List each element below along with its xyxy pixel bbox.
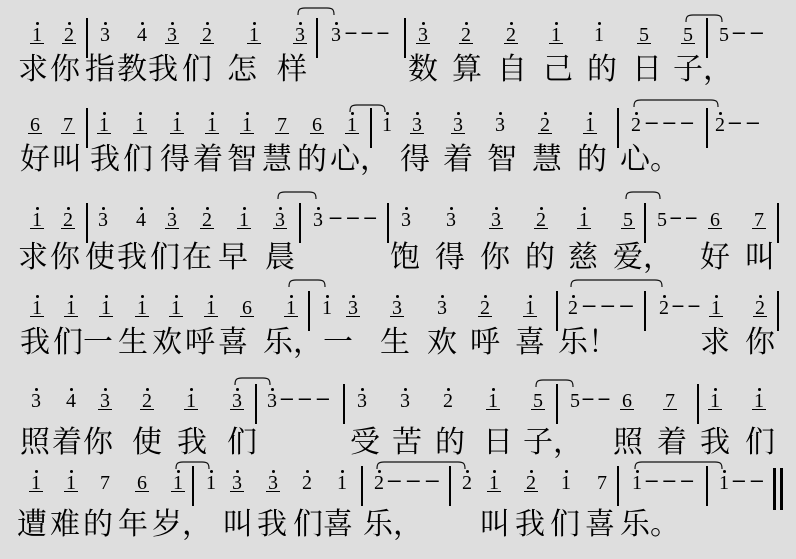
note: 1 — [167, 115, 187, 135]
high-octave-dot-icon — [663, 295, 666, 298]
note-digit: 7 — [277, 115, 287, 135]
lyric-syllable: 照 — [20, 428, 50, 458]
high-octave-dot-icon — [530, 470, 533, 473]
high-octave-dot-icon — [493, 470, 496, 473]
note-digit: 2 — [302, 473, 312, 493]
high-octave-dot-icon — [544, 112, 547, 115]
high-octave-dot-icon — [351, 112, 354, 115]
note: 3 — [343, 298, 363, 318]
lyric-syllable: 求 — [18, 243, 48, 273]
high-octave-dot-icon — [236, 470, 239, 473]
eighth-note-underline — [97, 133, 111, 134]
note-digit: 1 — [594, 25, 604, 45]
note-digit: 1 — [207, 115, 217, 135]
lyric-syllable: 乐， — [363, 510, 423, 540]
score-line-6: 11761133212---212171---1--遭难的年岁，叫我们喜乐，叫我… — [0, 455, 796, 559]
eighth-note-underline — [169, 316, 183, 317]
lyric-syllable: 我 — [20, 328, 50, 358]
lyric-syllable: 一 — [83, 328, 113, 358]
high-octave-dot-icon — [457, 112, 460, 115]
eighth-note-underline — [310, 133, 324, 134]
eighth-note-underline — [284, 316, 298, 317]
barline — [343, 384, 345, 424]
high-octave-dot-icon — [422, 22, 425, 25]
high-octave-dot-icon — [176, 112, 179, 115]
lyric-syllable: 指 — [85, 55, 115, 85]
eighth-note-underline — [390, 316, 404, 317]
note: 1 — [706, 298, 726, 318]
lyric-syllable: 叫 — [745, 243, 775, 273]
note: 3 — [227, 391, 247, 411]
note-digit: 1 — [172, 115, 182, 135]
note-digit: 1 — [382, 115, 392, 135]
note-digit: 6 — [242, 298, 252, 318]
lyric-syllable: 样 — [277, 55, 307, 85]
note: 2 — [297, 473, 317, 493]
note: 5 — [618, 210, 638, 230]
note: 1 — [483, 391, 503, 411]
lyric-syllable: 生 — [118, 328, 148, 358]
eighth-note-underline — [486, 409, 500, 410]
lyric-syllable: 们 — [227, 428, 257, 458]
note: 1 — [574, 210, 594, 230]
jianpu-score-sheet: 123432133---32211555--求你指教我们怎样数算自己的日子， 6… — [0, 0, 796, 559]
note: 2 — [457, 473, 477, 493]
eighth-note-underline — [237, 228, 251, 229]
lyric-syllable: 慧 — [262, 145, 292, 175]
note-digit: 3 — [401, 210, 411, 230]
note-digit: 3 — [418, 25, 428, 45]
lyric-syllable: 们 — [745, 428, 775, 458]
note-digit: 4 — [137, 25, 147, 45]
eighth-note-underline — [293, 43, 307, 44]
note: 1 — [26, 473, 46, 493]
tie-slur — [571, 280, 662, 287]
lyric-syllable: 一 — [323, 328, 353, 358]
note-digit: 1 — [186, 391, 196, 411]
high-octave-dot-icon — [243, 207, 246, 210]
high-octave-dot-icon — [236, 388, 239, 391]
eighth-note-underline — [135, 491, 149, 492]
note-digit: 4 — [136, 210, 146, 230]
eighth-note-underline — [133, 133, 147, 134]
tie-slur — [626, 192, 660, 199]
eighth-note-underline — [205, 133, 219, 134]
note-digit: 2 — [374, 473, 384, 493]
sustain-dashes: --- — [386, 470, 443, 490]
lyric-syllable: 在 — [182, 243, 212, 273]
barline — [361, 466, 363, 506]
high-octave-dot-icon — [104, 388, 107, 391]
lyric-syllable: 生 — [380, 328, 410, 358]
lyric-syllable: 我 — [700, 428, 730, 458]
eighth-note-underline — [523, 316, 537, 317]
note-digit: 3 — [98, 210, 108, 230]
high-octave-dot-icon — [396, 295, 399, 298]
note-digit: 1 — [719, 473, 729, 493]
note: 1 — [94, 115, 114, 135]
eighth-note-underline — [64, 316, 78, 317]
note: 1 — [166, 298, 186, 318]
eighth-note-underline — [681, 43, 695, 44]
high-octave-dot-icon — [378, 470, 381, 473]
note: 1 — [377, 115, 397, 135]
high-octave-dot-icon — [555, 22, 558, 25]
high-octave-dot-icon — [70, 388, 73, 391]
lyric-syllable: 乐！ — [558, 328, 618, 358]
high-octave-dot-icon — [317, 207, 320, 210]
note-digit: 4 — [66, 391, 76, 411]
lyric-syllable: 们 — [150, 243, 180, 273]
eighth-note-underline — [753, 316, 767, 317]
note: 2 — [563, 298, 583, 318]
note-digit: 2 — [506, 25, 516, 45]
high-octave-dot-icon — [529, 295, 532, 298]
high-octave-dot-icon — [723, 470, 726, 473]
eighth-note-underline — [64, 491, 78, 492]
note: 1 — [749, 391, 769, 411]
high-octave-dot-icon — [758, 388, 761, 391]
note-digit: 3 — [400, 391, 410, 411]
high-octave-dot-icon — [598, 22, 601, 25]
lyric-syllable: 你 — [745, 328, 775, 358]
note-digit: 3 — [167, 210, 177, 230]
lyric-syllable: 爱， — [613, 243, 673, 273]
note-digit: 3 — [357, 391, 367, 411]
note: 1 — [332, 473, 352, 493]
eighth-note-underline — [637, 43, 651, 44]
sustain-dashes: --- — [644, 112, 697, 132]
note: 3 — [263, 473, 283, 493]
high-octave-dot-icon — [326, 295, 329, 298]
high-octave-dot-icon — [36, 295, 39, 298]
note: 1 — [201, 298, 221, 318]
note-digit: 1 — [32, 25, 42, 45]
eighth-note-underline — [171, 491, 185, 492]
high-octave-dot-icon — [341, 470, 344, 473]
note-digit: 1 — [322, 298, 332, 318]
note: 1 — [27, 25, 47, 45]
note-digit: 1 — [579, 210, 589, 230]
lyric-syllable: 己 — [543, 55, 573, 85]
lyric-syllable: 怎 — [227, 55, 257, 85]
note-digit: 2 — [540, 115, 550, 135]
lyric-syllable: 子， — [523, 428, 583, 458]
note: 2 — [197, 210, 217, 230]
note: 1 — [589, 25, 609, 45]
tie-slur — [536, 380, 573, 387]
note: 1 — [61, 473, 81, 493]
tie-slur — [235, 378, 270, 385]
high-octave-dot-icon — [447, 388, 450, 391]
high-octave-dot-icon — [279, 207, 282, 210]
eighth-note-underline — [345, 133, 359, 134]
note-digit: 2 — [461, 25, 471, 45]
lyric-syllable: 你 — [50, 55, 80, 85]
high-octave-dot-icon — [146, 388, 149, 391]
lyric-syllable: 的 — [525, 243, 555, 273]
note: 3 — [395, 391, 415, 411]
high-octave-dot-icon — [206, 22, 209, 25]
eighth-note-underline — [538, 133, 552, 134]
lyric-syllable: 呼 — [470, 328, 500, 358]
note-digit: 1 — [31, 473, 41, 493]
note-digit: 7 — [597, 473, 607, 493]
high-octave-dot-icon — [103, 112, 106, 115]
high-octave-dot-icon — [36, 207, 39, 210]
eighth-note-underline — [230, 491, 244, 492]
note: 6 — [25, 115, 45, 135]
eighth-note-underline — [99, 316, 113, 317]
high-octave-dot-icon — [499, 112, 502, 115]
lyric-syllable: 我 — [177, 428, 207, 458]
note-digit: 6 — [30, 115, 40, 135]
high-octave-dot-icon — [361, 388, 364, 391]
note-digit: 2 — [568, 298, 578, 318]
note-digit: 2 — [659, 298, 669, 318]
lyric-syllable: 们 — [182, 55, 212, 85]
note-digit: 5 — [623, 210, 633, 230]
note-digit: 6 — [312, 115, 322, 135]
note-digit: 1 — [488, 391, 498, 411]
note: 2 — [501, 25, 521, 45]
eighth-note-underline — [230, 409, 244, 410]
note: 1 — [96, 298, 116, 318]
eighth-note-underline — [709, 316, 723, 317]
high-octave-dot-icon — [67, 207, 70, 210]
tie-slur — [634, 100, 718, 107]
note-digit: 5 — [683, 25, 693, 45]
note-digit: 2 — [63, 210, 73, 230]
final-barline — [773, 468, 783, 510]
note-digit: 1 — [173, 473, 183, 493]
high-octave-dot-icon — [70, 470, 73, 473]
lyric-syllable: 叫 — [480, 510, 510, 540]
score-line-3: 123432133---3332155--67求你使我们在早晨饱得你的慈爱，好叫 — [0, 185, 796, 275]
note: 3 — [162, 25, 182, 45]
eighth-note-underline — [200, 228, 214, 229]
lyric-syllable: 早 — [218, 243, 248, 273]
lyric-syllable: 欢 — [152, 328, 182, 358]
note-digit: 1 — [561, 473, 571, 493]
note: 1 — [244, 25, 264, 45]
note-digit: 5 — [639, 25, 649, 45]
lyric-syllable: 叫 — [223, 510, 253, 540]
eighth-note-underline — [61, 228, 75, 229]
high-octave-dot-icon — [70, 295, 73, 298]
note: 2 — [197, 25, 217, 45]
high-octave-dot-icon — [206, 207, 209, 210]
final-barline-bar — [780, 468, 783, 510]
tie-slur — [289, 280, 325, 287]
lyric-syllable: 使 — [132, 428, 162, 458]
note-digit: 1 — [66, 298, 76, 318]
barline — [404, 18, 406, 58]
note-digit: 2 — [755, 298, 765, 318]
high-octave-dot-icon — [583, 207, 586, 210]
note-digit: 3 — [495, 115, 505, 135]
eighth-note-underline — [708, 228, 722, 229]
note-digit: 3 — [437, 298, 447, 318]
lyric-syllable: 子， — [673, 55, 733, 85]
note-digit: 7 — [665, 391, 675, 411]
note: 2 — [456, 25, 476, 45]
sustain-dashes: -- — [671, 295, 703, 315]
lyric-syllable: 苦 — [392, 428, 422, 458]
lyric-syllable: 欢 — [427, 328, 457, 358]
note-digit: 2 — [536, 210, 546, 230]
lyric-syllable: 的 — [83, 510, 113, 540]
note: 3 — [413, 25, 433, 45]
note: 1 — [580, 115, 600, 135]
sustain-dashes: --- — [279, 388, 333, 408]
lyric-syllable: 求 — [700, 328, 730, 358]
lyric-syllable: 叫 — [52, 145, 82, 175]
note-digit: 3 — [232, 391, 242, 411]
barline — [86, 108, 88, 148]
lyric-syllable: 们 — [53, 328, 83, 358]
note-digit: 5 — [719, 25, 729, 45]
barline — [299, 203, 301, 243]
high-octave-dot-icon — [450, 207, 453, 210]
barline — [192, 466, 194, 506]
lyric-syllable: 自 — [497, 55, 527, 85]
note: 1 — [317, 298, 337, 318]
note-digit: 2 — [480, 298, 490, 318]
note: 3 — [290, 25, 310, 45]
eighth-note-underline — [29, 491, 43, 492]
eighth-note-underline — [170, 133, 184, 134]
note: 7 — [95, 473, 115, 493]
eighth-note-underline — [534, 228, 548, 229]
note-digit: 6 — [622, 391, 632, 411]
note-digit: 1 — [206, 473, 216, 493]
note-digit: 3 — [31, 391, 41, 411]
eighth-note-underline — [275, 133, 289, 134]
note-digit: 6 — [710, 210, 720, 230]
high-octave-dot-icon — [589, 112, 592, 115]
note-digit: 7 — [63, 115, 73, 135]
note-digit: 2 — [142, 391, 152, 411]
barline — [697, 384, 699, 424]
note-digit: 1 — [525, 298, 535, 318]
eighth-note-underline — [28, 133, 42, 134]
note: 1 — [132, 298, 152, 318]
barline — [706, 466, 708, 506]
lyric-syllable: 着 — [52, 428, 82, 458]
lyric-syllable: 慧 — [532, 145, 562, 175]
barline — [86, 203, 88, 243]
high-octave-dot-icon — [719, 112, 722, 115]
eighth-note-underline — [620, 409, 634, 410]
high-octave-dot-icon — [335, 22, 338, 25]
note-digit: 3 — [412, 115, 422, 135]
score-line-1: 123432133---32211555--求你指教我们怎样数算自己的日子， — [0, 0, 796, 92]
note-digit: 1 — [286, 298, 296, 318]
note: 4 — [132, 25, 152, 45]
note-digit: 1 — [754, 391, 764, 411]
high-octave-dot-icon — [714, 388, 717, 391]
note-digit: 2 — [202, 210, 212, 230]
lyric-syllable: 我 — [257, 510, 287, 540]
eighth-note-underline — [451, 133, 465, 134]
note: 3 — [432, 298, 452, 318]
note-digit: 5 — [657, 210, 667, 230]
high-octave-dot-icon — [175, 295, 178, 298]
lyric-syllable: 着 — [657, 428, 687, 458]
note: 3 — [352, 391, 372, 411]
note: 1 — [181, 391, 201, 411]
note-digit: 1 — [242, 115, 252, 135]
note-digit: 2 — [462, 473, 472, 493]
eighth-note-underline — [752, 228, 766, 229]
lyric-syllable: 日 — [632, 55, 662, 85]
note: 1 — [546, 25, 566, 45]
note-digit: 3 — [167, 25, 177, 45]
lyric-syllable: 喜 — [515, 328, 545, 358]
high-octave-dot-icon — [272, 470, 275, 473]
lyric-syllable: 年 — [118, 510, 148, 540]
lyric-syllable: 日 — [483, 428, 513, 458]
eighth-note-underline — [247, 43, 261, 44]
lyric-syllable: 教 — [117, 55, 147, 85]
high-octave-dot-icon — [715, 295, 718, 298]
high-octave-dot-icon — [210, 295, 213, 298]
note: 1 — [484, 473, 504, 493]
sustain-dashes: -- — [731, 22, 767, 42]
lyric-syllable: 好 — [700, 243, 730, 273]
lyric-syllable: 着 — [193, 145, 223, 175]
high-octave-dot-icon — [495, 207, 498, 210]
note-digit: 3 — [268, 473, 278, 493]
note: 6 — [132, 473, 152, 493]
eighth-note-underline — [240, 316, 254, 317]
lyric-syllable: 照 — [613, 428, 643, 458]
high-octave-dot-icon — [104, 22, 107, 25]
note: 1 — [27, 210, 47, 230]
note: 5 — [634, 25, 654, 45]
note: 2 — [475, 298, 495, 318]
note: 1 — [201, 473, 221, 493]
note: 6 — [307, 115, 327, 135]
note: 1 — [168, 473, 188, 493]
note: 3 — [227, 473, 247, 493]
note: 7 — [660, 391, 680, 411]
note: 5 — [678, 25, 698, 45]
high-octave-dot-icon — [105, 295, 108, 298]
note-digit: 1 — [249, 25, 259, 45]
high-octave-dot-icon — [35, 388, 38, 391]
note: 1 — [202, 115, 222, 135]
high-octave-dot-icon — [306, 470, 309, 473]
lyric-syllable: 们 — [550, 510, 580, 540]
high-octave-dot-icon — [253, 22, 256, 25]
sustain-dashes: -- — [731, 470, 767, 490]
lyric-syllable: 我 — [515, 510, 545, 540]
note-digit: 3 — [100, 25, 110, 45]
lyric-syllable: 喜 — [323, 510, 353, 540]
barline — [617, 466, 619, 506]
note: 4 — [61, 391, 81, 411]
eighth-note-underline — [30, 43, 44, 44]
lyric-syllable: 们 — [123, 145, 153, 175]
high-octave-dot-icon — [404, 388, 407, 391]
lyric-syllable: 智 — [227, 145, 257, 175]
note-digit: 2 — [443, 391, 453, 411]
note: 3 — [308, 210, 328, 230]
lyric-syllable: 数 — [408, 55, 438, 85]
note-digit: 1 — [99, 115, 109, 135]
